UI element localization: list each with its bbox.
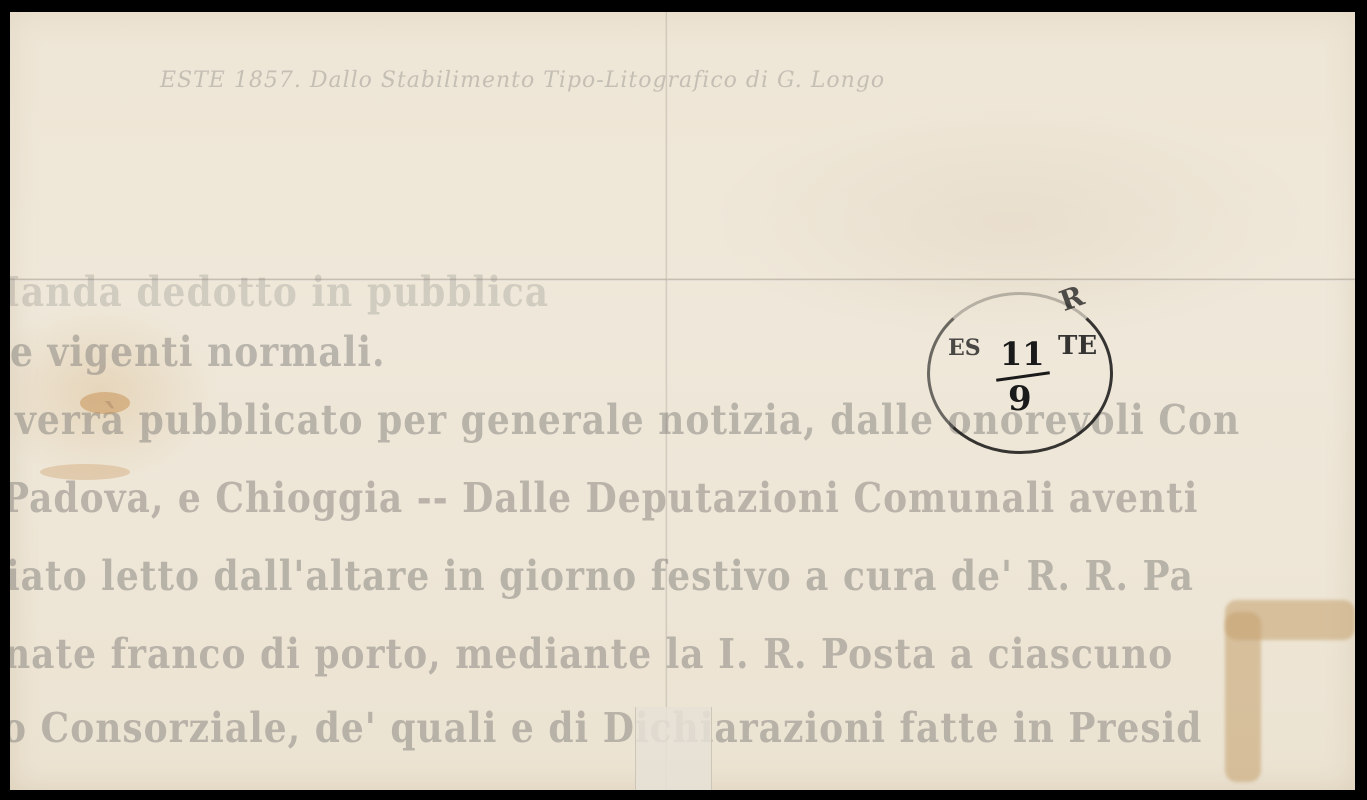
showthrough-line-0: Manda dedotto in pubblica — [10, 268, 549, 316]
postmark-month: 9 — [1008, 379, 1032, 419]
printer-imprint: ESTE 1857. Dallo Stabilimento Tipo-Litog… — [160, 68, 885, 93]
letter-sheet: ESTE 1857. Dallo Stabilimento Tipo-Litog… — [10, 12, 1355, 790]
showthrough-line-4: iato letto dall'altare in giorno festivo… — [10, 552, 1194, 600]
postmark-town-left: ES — [948, 335, 981, 361]
water-stain — [1225, 612, 1261, 782]
circular-date-postmark: ES 11 9 TE — [927, 292, 1113, 454]
hinge-remnant — [635, 707, 712, 790]
showthrough-line-6: o Consorziale, de' quali e di Dichiarazi… — [10, 704, 1202, 752]
foxing-spot — [40, 464, 130, 480]
postmark-day: 11 — [1000, 335, 1045, 373]
top-flap — [10, 12, 1355, 278]
showthrough-line-3: Padova, e Chioggia -- Dalle Deputazioni … — [10, 474, 1198, 522]
postmark-town-right: TE — [1058, 331, 1097, 361]
showthrough-line-5: nate franco di porto, mediante la I. R. … — [10, 630, 1173, 678]
foxing-spot — [80, 392, 130, 414]
showthrough-line-1: e vigenti normali. — [10, 328, 386, 376]
